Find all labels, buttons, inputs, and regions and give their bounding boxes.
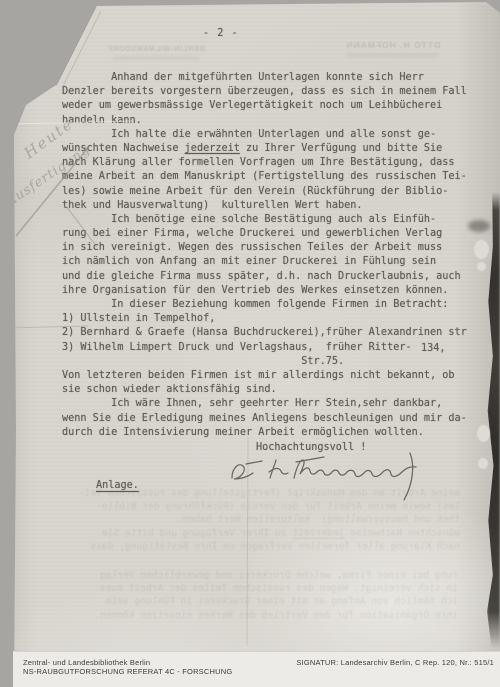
archive-institution: Zentral- und Landesbibliothek Berlin NS-…	[23, 658, 232, 687]
letter-line: und die gleiche Firma muss später, d.h. …	[62, 270, 482, 284]
letter-text-segment: ich nämlich von Anfang an mit einer Druc…	[62, 256, 436, 267]
letter-text-segment: ich nämlich von Anfang an mit einer Druc…	[106, 596, 458, 607]
bleedthrough-line: in sich vereinigt. Wegen des russischen …	[38, 582, 458, 595]
scan-edge-shadow	[487, 192, 500, 648]
letter-line: Ich halte die erwähnten Unterlagen und a…	[62, 128, 482, 142]
paper-chip	[474, 240, 489, 259]
letter-line: Str.75.	[62, 355, 482, 369]
letter-text-segment: In dieser Beziehung kommen folgende Firm…	[62, 299, 448, 310]
letter-text-segment: meine Arbeit an dem Manuskript (Fertigst…	[62, 171, 467, 182]
bleedthrough-line: ich nämlich von Anfang an mit einer Druc…	[38, 595, 458, 608]
letter-text-segment: Anhand der mitgeführten Unterlagen konnt…	[62, 72, 424, 83]
bleedthrough-line: thek und Hausverwaltung) kulturellen Wer…	[52, 513, 460, 526]
bleedthrough-line: meine Arbeit an dem Manuskript (Fertigst…	[52, 487, 460, 500]
letter-text-segment: thek und Hausverwaltung) kulturellen Wer…	[62, 200, 363, 211]
bleedthrough-text: BERLIN-WILMERSDORF	[86, 44, 226, 53]
letter-line: handeln kann.	[62, 114, 482, 128]
letter-text-segment: Str.75.	[62, 356, 344, 367]
letter-text-segment: rung bei einer Firma, welche Druckerei u…	[100, 570, 458, 581]
letter-text-segment: 3) Wilhelm Limpert Druck und Verlagshaus…	[62, 342, 412, 353]
letter-text-segment: sie schon wieder aktionsfähig sind.	[62, 384, 277, 395]
letter-line: Von letzteren beiden Firmen ist mir alle…	[62, 369, 482, 383]
letter-text-segment: zu Ihrer Verfügung und bitte Sie	[102, 528, 293, 539]
paper-sheet: - 2 - BERLIN-WILMERSDORF OTTO H. HOFMANN…	[0, 0, 500, 687]
bleedthrough-line: les) sowie meine Arbeit für den Verein (…	[52, 500, 460, 513]
letter-body: Anhand der mitgeführten Unterlagen konnt…	[62, 71, 482, 440]
letter-line: meine Arbeit an dem Manuskript (Fertigst…	[62, 170, 482, 184]
closing-salutation: Hochachtungsvoll !	[256, 441, 366, 455]
letter-text-segment: Ich benötige eine solche Bestätigung auc…	[62, 214, 436, 225]
paper-chip	[477, 262, 486, 271]
letter-text-segment: 1) Ullstein in Tempelhof,	[62, 313, 215, 324]
bleedthrough-letterhead-right: OTTO H. HOFMANN	[318, 40, 468, 57]
letter-text-segment: in sich vereinigt. Wegen des russischen …	[100, 583, 458, 594]
paper-chip	[477, 425, 490, 442]
letter-text-segment: rung bei einer Firma, welche Druckerei u…	[62, 228, 442, 239]
letter-text-segment: Denzler bereits vorgestern überzeugen, d…	[62, 86, 467, 97]
letter-line: Ich wäre Ihnen, sehr geehrter Herr Stein…	[62, 397, 482, 411]
letter-line: thek und Hausverwaltung) kulturellen Wer…	[62, 199, 482, 213]
margin-street-number: 134,	[421, 342, 446, 356]
letter-line: 2) Bernhard & Graefe (Hansa Buchdruckere…	[62, 326, 482, 340]
archive-institution-line2: NS-RAUBGUTFORSCHUNG REFERAT 4C - FORSCHU…	[23, 667, 232, 676]
letter-line: nach Klärung aller formellen Vorfragen u…	[62, 156, 482, 170]
letter-line: 1) Ullstein in Tempelhof,	[62, 312, 482, 326]
letter-text-segment: Ich halte die erwähnten Unterlagen und a…	[62, 129, 436, 140]
letter-line: in sich vereinigt. Wegen des russischen …	[62, 241, 482, 255]
letter-text-segment: 2) Bernhard & Graefe (Hansa Buchdruckere…	[62, 327, 467, 338]
letter-text-segment: les) sowie meine Arbeit für den Verein (…	[62, 186, 448, 197]
letter-text-segment: zu Ihrer Verfügung und bitte Sie	[240, 143, 442, 154]
letter-text-segment: nach Klärung aller formellen Vorfragen u…	[62, 157, 455, 168]
letter-text-segment: wünschten Nachweise	[344, 528, 460, 539]
letter-line: Ich benötige eine solche Bestätigung auc…	[62, 213, 482, 227]
bleedthrough-line: rung bei einer Firma, welche Druckerei u…	[38, 569, 458, 582]
bleedthrough-text: OTTO H. HOFMANN	[318, 40, 468, 50]
letter-text-segment: thek und Hausverwaltung) kulturellen Wer…	[177, 514, 460, 525]
scanned-letter-page: - 2 - BERLIN-WILMERSDORF OTTO H. HOFMANN…	[0, 0, 500, 687]
letter-text-segment: und die gleiche Firma muss später, d.h. …	[62, 271, 461, 282]
letter-line: ich nämlich von Anfang an mit einer Druc…	[62, 255, 482, 269]
bleedthrough-line: ihre Organisation für den Vertrieb des W…	[38, 609, 458, 622]
letter-line: 3) Wilhelm Limpert Druck und Verlagshaus…	[62, 341, 482, 355]
letter-line: wünschten Nachweise jederzeit zu Ihrer V…	[62, 142, 482, 156]
scan-blotch	[468, 220, 490, 232]
letter-line: les) sowie meine Arbeit für den Verein (…	[62, 185, 482, 199]
letter-text-segment: les) sowie meine Arbeit für den Verein (…	[96, 501, 460, 512]
letter-text-segment: meine Arbeit an dem Manuskript (Fertigst…	[79, 488, 460, 499]
underlined-word: jederzeit	[185, 143, 240, 154]
bleedthrough-line: wünschten Nachweise jederzeit zu Ihrer V…	[52, 527, 460, 540]
archive-institution-line1: Zentral- und Landesbibliothek Berlin	[23, 658, 232, 667]
letter-text-segment: durch die Intensivierung meiner Arbeit e…	[62, 427, 424, 438]
letter-text-segment: Ich wäre Ihnen, sehr geehrter Herr Stein…	[62, 398, 442, 409]
letter-line: wenn Sie die Erledigung meines Anliegens…	[62, 412, 482, 426]
letter-text-segment: Von letzteren beiden Firmen ist mir alle…	[62, 370, 455, 381]
letter-line: sie schon wieder aktionsfähig sind.	[62, 383, 482, 397]
letter-line: Anhand der mitgeführten Unterlagen konnt…	[62, 71, 482, 85]
letter-line: weder um gewerbsmässige Verlegertätigkei…	[62, 99, 482, 113]
paper-chip	[478, 458, 488, 469]
letter-text-segment: ihre Organisation für den Vertrieb des W…	[94, 610, 458, 621]
archive-caption-strip: Zentral- und Landesbibliothek Berlin NS-…	[13, 651, 500, 687]
bleedthrough-line: nach Klärung aller formellen Vorfragen u…	[52, 540, 460, 553]
underlined-word: jederzeit	[292, 528, 344, 539]
bleedthrough-letterhead-left: BERLIN-WILMERSDORF	[86, 44, 226, 60]
letter-line: In dieser Beziehung kommen folgende Firm…	[62, 298, 482, 312]
page-number: - 2 -	[203, 27, 239, 41]
letter-text-segment: nach Klärung aller formellen Vorfragen u…	[90, 541, 460, 552]
letter-text-segment: ihre Organisation für den Vertrieb des W…	[62, 285, 448, 296]
letter-line: durch die Intensivierung meiner Arbeit e…	[62, 426, 482, 440]
letter-text-segment: wenn Sie die Erledigung meines Anliegens…	[62, 413, 467, 424]
letter-text-segment: weder um gewerbsmässige Verlegertätigkei…	[62, 100, 442, 111]
archive-signature-reference: SIGNATUR: Landesarchiv Berlin, C Rep. 12…	[296, 658, 494, 687]
bleedthrough-paragraph-lower: rung bei einer Firma, welche Druckerei u…	[38, 569, 458, 622]
letter-line: Denzler bereits vorgestern überzeugen, d…	[62, 85, 482, 99]
letter-line: rung bei einer Firma, welche Druckerei u…	[62, 227, 482, 241]
bleedthrough-smudge	[113, 56, 200, 60]
bleedthrough-smudge	[347, 53, 440, 57]
bleedthrough-paragraph-upper: meine Arbeit an dem Manuskript (Fertigst…	[52, 487, 460, 553]
letter-text-segment: in sich vereinigt. Wegen des russischen …	[62, 242, 442, 253]
letter-line: ihre Organisation für den Vertrieb des W…	[62, 284, 482, 298]
